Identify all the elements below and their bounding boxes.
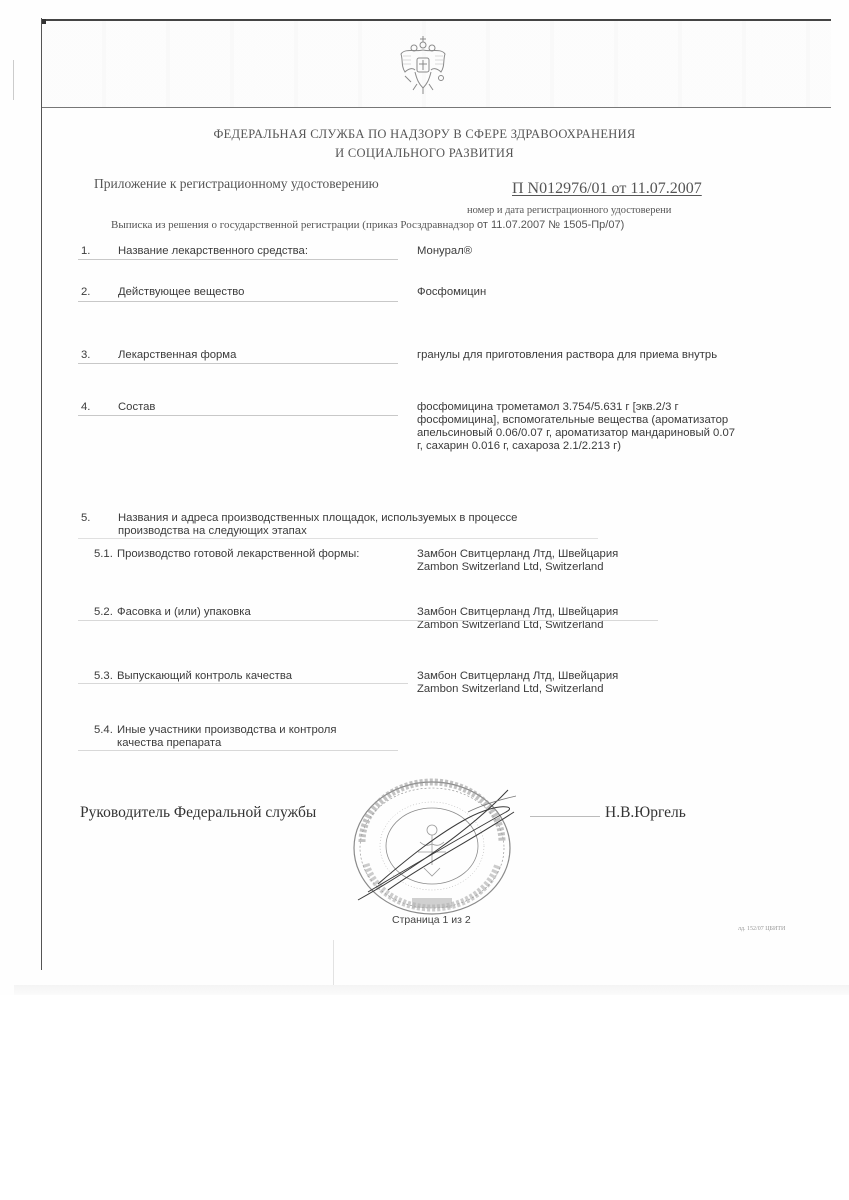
- item-number: 4.: [81, 401, 90, 414]
- item-label: Название лекарственного средства:: [118, 245, 308, 258]
- print-code: лд. 152/07 ЦБИТИ: [738, 926, 785, 932]
- subitem-label: Выпускающий контроль качества: [117, 670, 292, 683]
- composition-line: г, сахарин 0.016 г, сахароза 2.1/2.213 г…: [417, 440, 797, 453]
- item-value: Монурал®: [417, 245, 472, 258]
- manufacturer-ru: Замбон Свитцерланд Лтд, Швейцария: [417, 548, 618, 561]
- item-number: 1.: [81, 245, 90, 258]
- item-value: Фосфомицин: [417, 286, 486, 299]
- item-number: 3.: [81, 349, 90, 362]
- composition-line: фосфомицина], вспомогательные вещества (…: [417, 414, 797, 427]
- scan-edge: [13, 60, 14, 100]
- extract-order: от 11.07.2007 № 1505-Пр/07): [477, 219, 624, 231]
- signatory-title: Руководитель Федеральной службы: [80, 804, 316, 822]
- appendix-label: Приложение к регистрационному удостовере…: [94, 176, 379, 192]
- item-label: Состав: [118, 401, 155, 414]
- row-rule: [78, 301, 398, 302]
- row-rule: [78, 415, 398, 416]
- subitem-number: 5.4.: [94, 724, 113, 737]
- scan-bottom-edge: [14, 985, 849, 995]
- coat-of-arms-icon: [397, 34, 449, 96]
- subitem-label: Иные участники производства и контроля к…: [117, 724, 337, 750]
- row-rule: [78, 538, 598, 539]
- agency-name-line2: И СОЦИАЛЬНОГО РАЗВИТИЯ: [0, 146, 849, 161]
- item-label: Действующее вещество: [118, 286, 244, 299]
- subitem-number: 5.2.: [94, 606, 113, 619]
- extract-prefix: Выписка из решения о государственной рег…: [111, 219, 474, 231]
- official-seal-icon: [348, 772, 516, 918]
- subitem-value: Замбон Свитцерланд Лтд, Швейцария Zambon…: [417, 670, 618, 696]
- registration-number-caption: номер и дата регистрационного удостовере…: [467, 205, 671, 216]
- row-rule: [78, 620, 658, 621]
- manufacturer-en: Zambon Switzerland Ltd, Switzerland: [417, 683, 618, 696]
- page-number: Страница 1 из 2: [392, 914, 471, 926]
- item-number: 5.: [81, 512, 90, 525]
- header-divider: [42, 107, 831, 108]
- label-line: качества препарата: [117, 737, 337, 750]
- label-line: Иные участники производства и контроля: [117, 724, 337, 737]
- registration-extract: Выписка из решения о государственной рег…: [111, 219, 624, 231]
- label-line: Названия и адреса производственных площа…: [118, 512, 517, 525]
- composition-line: апельсиновый 0.06/0.07 г, ароматизатор м…: [417, 427, 797, 440]
- subitem-label: Производство готовой лекарственной формы…: [117, 548, 359, 561]
- signatory-name: Н.В.Юргель: [605, 804, 686, 822]
- item-value: гранулы для приготовления раствора для п…: [417, 349, 717, 362]
- item-value: фосфомицина трометамол 3.754/5.631 г [эк…: [417, 401, 797, 453]
- agency-name-line1: ФЕДЕРАЛЬНАЯ СЛУЖБА ПО НАДЗОРУ В СФЕРЕ ЗД…: [0, 127, 849, 142]
- row-rule: [78, 750, 398, 751]
- subitem-number: 5.3.: [94, 670, 113, 683]
- top-border: [41, 19, 831, 21]
- manufacturer-en: Zambon Switzerland Ltd, Switzerland: [417, 561, 618, 574]
- row-rule: [78, 363, 398, 364]
- signature-line: [530, 816, 600, 817]
- item-label: Названия и адреса производственных площа…: [118, 512, 517, 538]
- manufacturer-ru: Замбон Свитцерланд Лтд, Швейцария: [417, 670, 618, 683]
- item-number: 2.: [81, 286, 90, 299]
- row-rule: [78, 683, 408, 684]
- registration-number: П N012976/01 от 11.07.2007: [512, 180, 702, 198]
- subitem-value: Замбон Свитцерланд Лтд, Швейцария Zambon…: [417, 548, 618, 574]
- label-line: производства на следующих этапах: [118, 525, 517, 538]
- subitem-label: Фасовка и (или) упаковка: [117, 606, 251, 619]
- composition-line: фосфомицина трометамол 3.754/5.631 г [эк…: [417, 401, 797, 414]
- manufacturer-ru: Замбон Свитцерланд Лтд, Швейцария: [417, 606, 618, 619]
- row-rule: [78, 259, 398, 260]
- item-label: Лекарственная форма: [118, 349, 236, 362]
- subitem-value: Замбон Свитцерланд Лтд, Швейцария Zambon…: [417, 606, 618, 632]
- subitem-number: 5.1.: [94, 548, 113, 561]
